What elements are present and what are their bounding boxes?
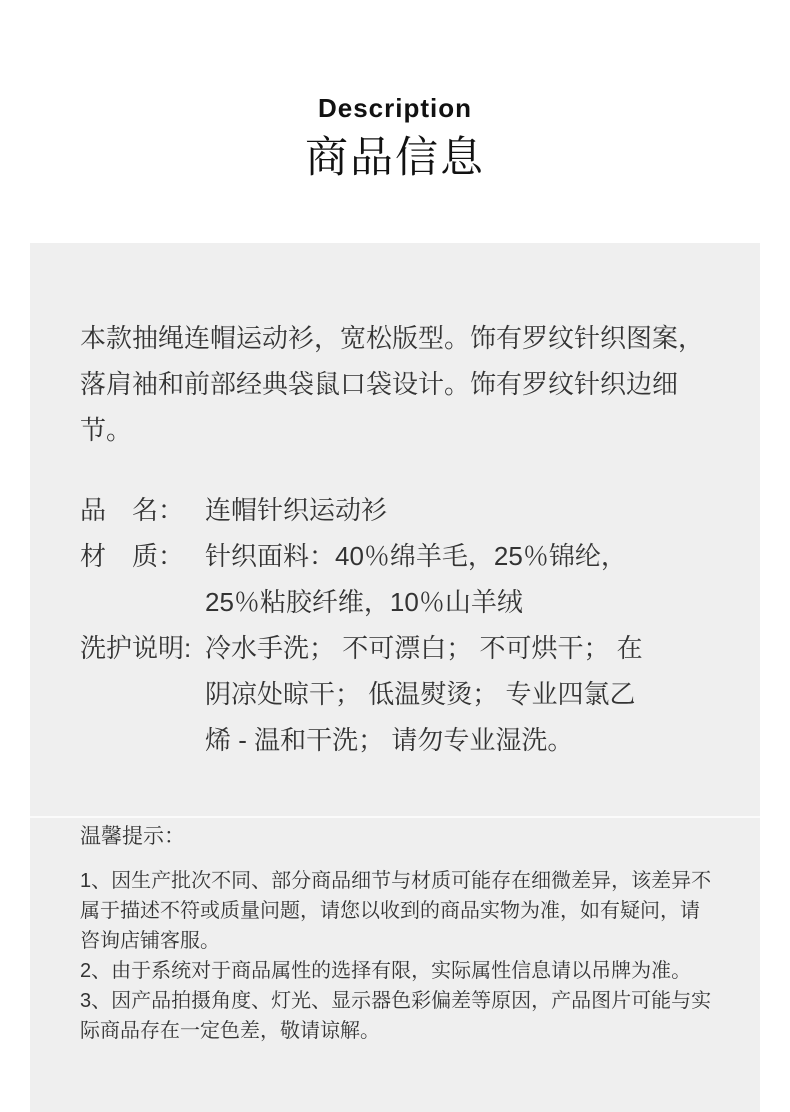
tips-note-3: 3、因产品拍摄角度、灯光、显示器色彩偏差等原因，产品图片可能与实 际商品存在一定… [80, 986, 715, 1046]
spec-value-name: 连帽针织运动衫 [205, 487, 715, 533]
tips-note-1: 1、因生产批次不同、部分商品细节与材质可能存在细微差异，该差异不 属于描述不符或… [80, 866, 715, 956]
product-description-page: Description 商品信息 本款抽绳连帽运动衫，宽松版型。饰有罗纹针织图案… [0, 0, 790, 1112]
section-divider [30, 816, 760, 818]
spec-row-material: 材 质： 针织面料：40％绵羊毛，25％锦纶， 25％粘胶纤维，10％山羊绒 [80, 533, 715, 625]
tips-title: 温馨提示： [80, 822, 715, 852]
product-intro-paragraph: 本款抽绳连帽运动衫，宽松版型。饰有罗纹针织图案， 落肩袖和前部经典袋鼠口袋设计。… [80, 315, 715, 453]
page-header: Description 商品信息 [0, 0, 790, 183]
tips-notes: 1、因生产批次不同、部分商品细节与材质可能存在细微差异，该差异不 属于描述不符或… [80, 866, 715, 1046]
spec-row-care: 洗护说明: 冷水手洗； 不可漂白； 不可烘干； 在 阴凉处晾干； 低温熨烫； 专… [80, 625, 715, 763]
spec-value-material: 针织面料：40％绵羊毛，25％锦纶， 25％粘胶纤维，10％山羊绒 [205, 533, 715, 625]
tips-note-2: 2、由于系统对于商品属性的选择有限，实际属性信息请以吊牌为准。 [80, 956, 715, 986]
spec-label-name: 品 名： [80, 487, 205, 533]
spec-label-care: 洗护说明: [80, 625, 205, 763]
spec-value-care: 冷水手洗； 不可漂白； 不可烘干； 在 阴凉处晾干； 低温熨烫； 专业四氯乙 烯… [205, 625, 715, 763]
section-title-cn: 商品信息 [0, 133, 790, 183]
spec-row-name: 品 名： 连帽针织运动衫 [80, 487, 715, 533]
product-specs: 品 名： 连帽针织运动衫 材 质： 针织面料：40％绵羊毛，25％锦纶， 25％… [80, 487, 715, 763]
product-info-panel: 本款抽绳连帽运动衫，宽松版型。饰有罗纹针织图案， 落肩袖和前部经典袋鼠口袋设计。… [30, 243, 760, 1112]
spec-label-material: 材 质： [80, 533, 205, 625]
section-title-en: Description [0, 93, 790, 123]
